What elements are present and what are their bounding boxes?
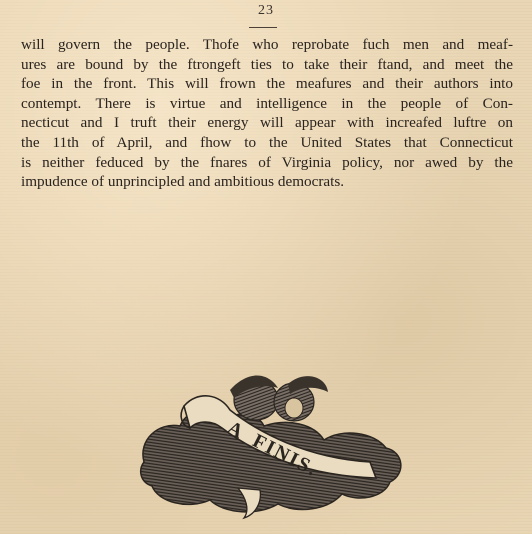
- text-line: the 11th of April, and fhow to the Unite…: [21, 133, 513, 153]
- finis-vignette: A FINIS.: [138, 370, 406, 520]
- text-line: ures are bound by the ftrongeft ties to …: [21, 55, 513, 75]
- document-page: 23 will govern the people. Thofe who rep…: [0, 0, 532, 534]
- page-number: 23: [0, 3, 532, 19]
- page-number-rule: [249, 27, 277, 28]
- text-line: is neither feduced by the fnares of Virg…: [21, 153, 513, 173]
- text-line: impudence of unprincipled and ambitious …: [21, 172, 513, 192]
- text-line: foe in the front. This will frown the me…: [21, 74, 513, 94]
- cherub-cloud-ornament-icon: A FINIS.: [138, 370, 406, 520]
- text-line: necticut and I truft their energy will a…: [21, 113, 513, 133]
- text-line: will govern the people. Thofe who reprob…: [21, 35, 513, 55]
- body-text: will govern the people. Thofe who reprob…: [21, 35, 513, 192]
- text-line: contempt. There is virtue and intelligen…: [21, 94, 513, 114]
